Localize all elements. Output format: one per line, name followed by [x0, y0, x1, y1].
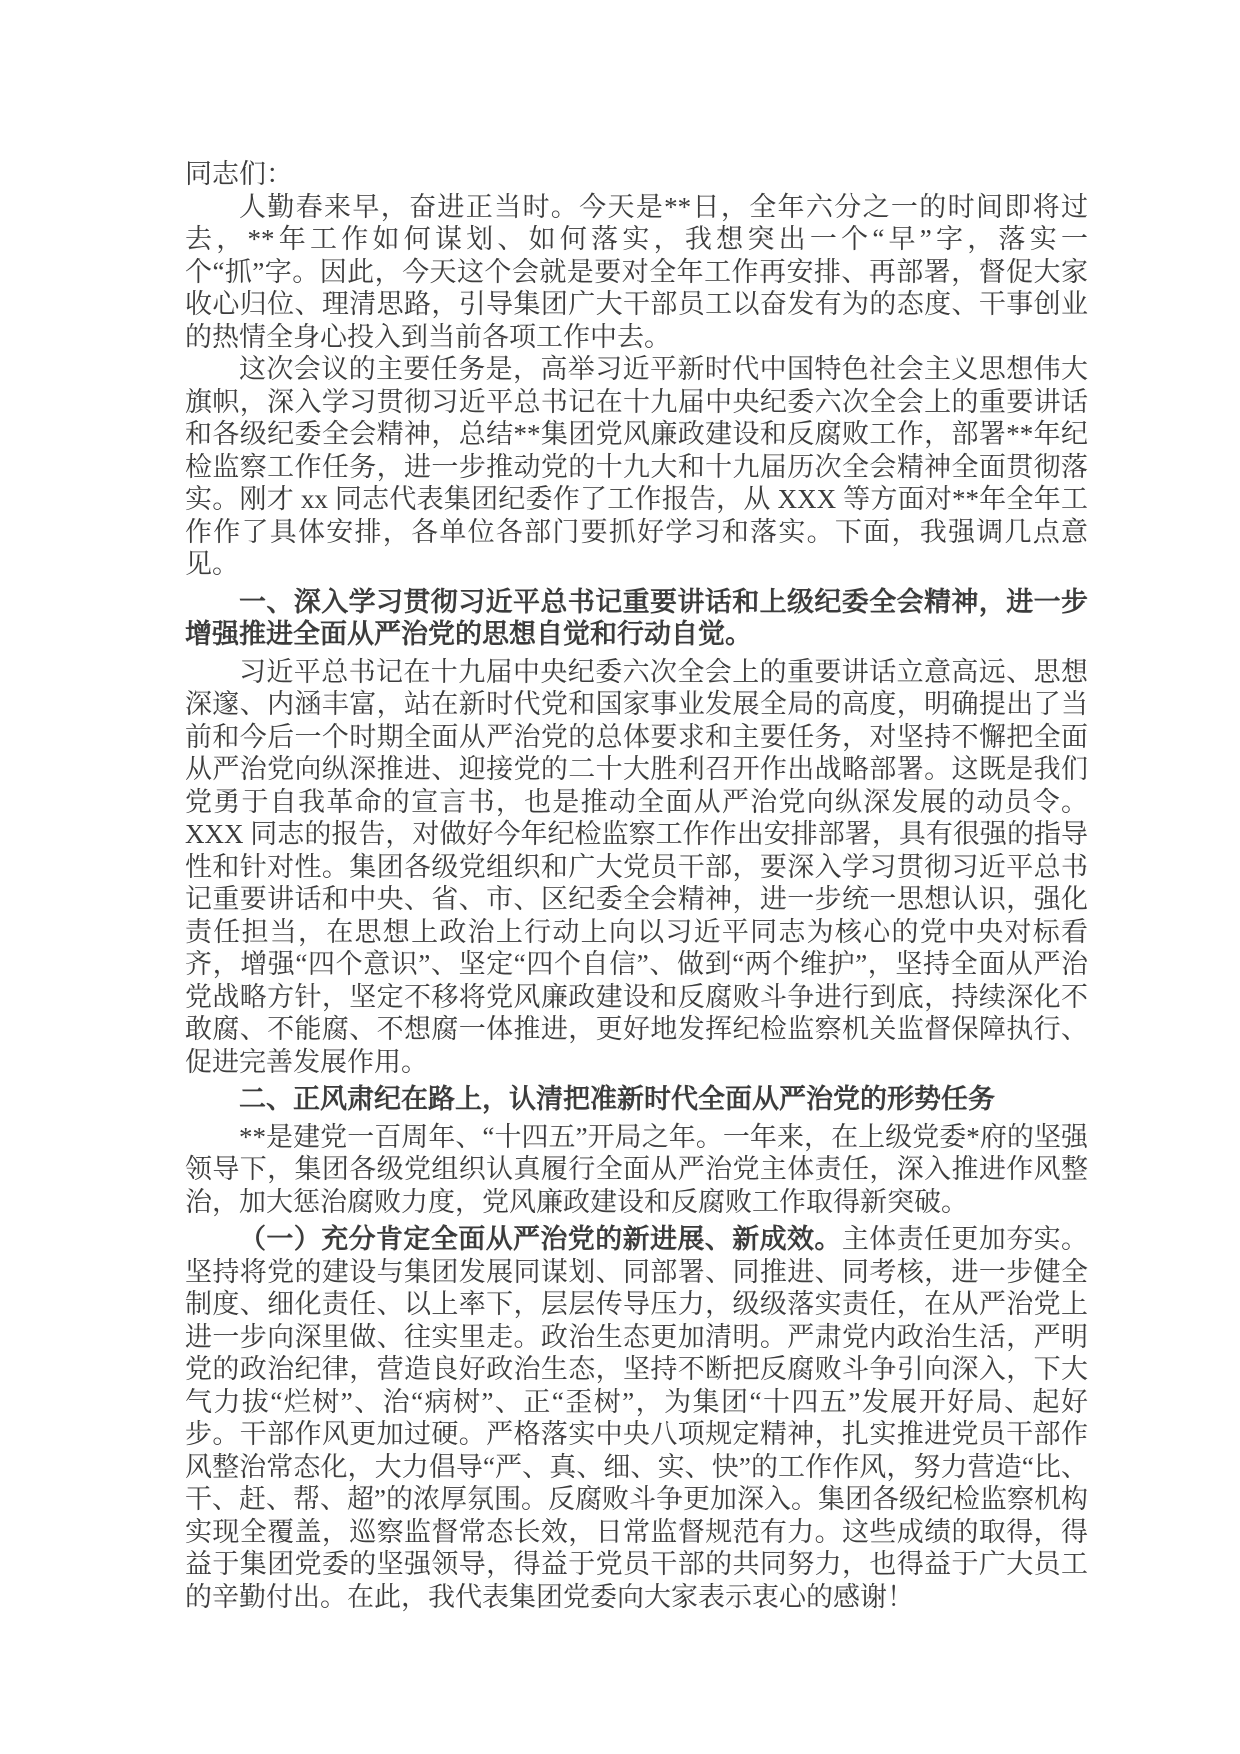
paragraph-section-2-intro: **是建党一百周年、“十四五”开局之年。一年来，在上级党委*府的坚强领导下，集团… — [185, 1121, 1088, 1219]
subsection-1-bold-lead: （一）充分肯定全面从严治党的新进展、新成效。 — [239, 1224, 842, 1254]
heading-section-1: 一、深入学习贯彻习近平总书记重要讲话和上级纪委全会精神，进一步增强推进全面从严治… — [185, 586, 1088, 651]
document-content: 同志们： 人勤春来早，奋进正当时。今天是**日，全年六分之一的时间即将过去，**… — [185, 158, 1088, 1613]
paragraph-section-1-body: 习近平总书记在十九届中央纪委六次全会上的重要讲话立意高远、思想深邃、内涵丰富，站… — [185, 656, 1088, 1079]
subsection-1-body-text: 主体责任更加夯实。坚持将党的建设与集团发展同谋划、同部署、同推进、同考核，进一步… — [185, 1224, 1088, 1612]
paragraph-opening: 人勤春来早，奋进正当时。今天是**日，全年六分之一的时间即将过去，**年工作如何… — [185, 191, 1088, 354]
paragraph-meeting-tasks: 这次会议的主要任务是，高举习近平新时代中国特色社会主义思想伟大旗帜，深入学习贯彻… — [185, 353, 1088, 581]
salutation: 同志们： — [185, 158, 1088, 191]
paragraph-subsection-1: （一）充分肯定全面从严治党的新进展、新成效。主体责任更加夯实。坚持将党的建设与集… — [185, 1223, 1088, 1613]
heading-section-2: 二、正风肃纪在路上，认清把准新时代全面从严治党的形势任务 — [185, 1083, 1088, 1116]
document-page: 同志们： 人勤春来早，奋进正当时。今天是**日，全年六分之一的时间即将过去，**… — [0, 0, 1240, 1754]
